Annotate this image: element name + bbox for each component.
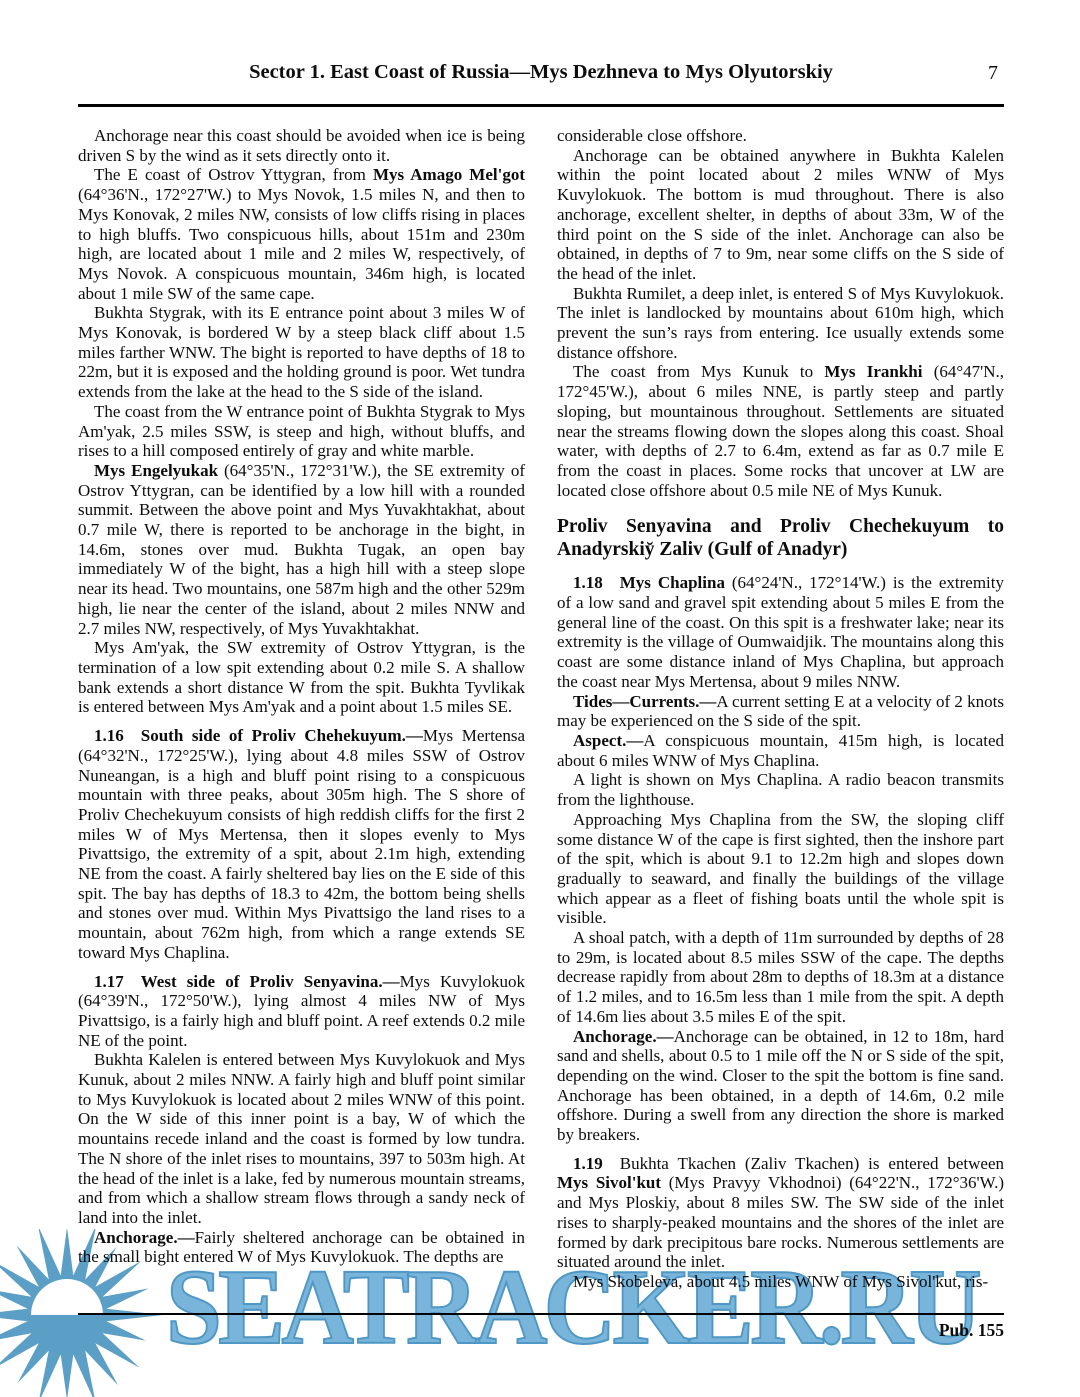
paragraph: Mys Engelyukak (64°35'N., 172°31'W.), th…	[78, 461, 525, 638]
paragraph: The E coast of Ostrov Yttygran, from Mys…	[78, 165, 525, 303]
paragraph: Mys Am'yak, the SW extremity of Ostrov Y…	[78, 638, 525, 717]
bold-text: Anchorage.—	[94, 1228, 195, 1247]
text: Mys Mertensa (64°32'N., 172°25'W.), lyin…	[78, 726, 525, 962]
text: Mys Skobeleva, about 4.5 miles WNW of My…	[573, 1272, 988, 1291]
bold-text: Aspect.—	[573, 731, 643, 750]
bold-text: Mys Sivol'kut	[557, 1173, 661, 1192]
paragraph: 1.16 South side of Proliv Chehekuyum.—My…	[78, 726, 525, 962]
page-header: Sector 1. East Coast of Russia—Mys Dezhn…	[78, 59, 1004, 85]
paragraph: Anchorage can be obtained anywhere in Bu…	[557, 146, 1004, 284]
paragraph: The coast from Mys Kunuk to Mys Irankhi …	[557, 362, 1004, 500]
paragraph: A light is shown on Mys Chaplina. A radi…	[557, 770, 1004, 809]
text: Bukhta Kalelen is entered between Mys Ku…	[78, 1050, 525, 1227]
text: (64°35'N., 172°31'W.), the SE extremity …	[78, 461, 525, 638]
header-rule	[78, 104, 1004, 107]
publication-number: Pub. 155	[939, 1320, 1004, 1341]
document-page: Sector 1. East Coast of Russia—Mys Dezhn…	[0, 0, 1080, 1397]
right-column: considerable close offshore.Anchorage ca…	[557, 126, 1004, 1292]
text: The E coast of Ostrov Yttygran, from	[94, 165, 373, 184]
bold-text: 1.18 Mys Chaplina	[573, 573, 725, 592]
paragraph: 1.17 West side of Proliv Senyavina.—Mys …	[78, 972, 525, 1051]
text: Anchorage near this coast should be avoi…	[78, 126, 525, 165]
bold-text: 1.16 South side of Proliv Chehekuyum.—	[94, 726, 423, 745]
bold-text: 1.19	[573, 1154, 620, 1173]
paragraph: Anchorage.—Fairly sheltered anchorage ca…	[78, 1228, 525, 1267]
paragraph: Mys Skobeleva, about 4.5 miles WNW of My…	[557, 1272, 1004, 1292]
text: considerable close offshore.	[557, 126, 747, 145]
bold-text: Mys Amago Mel'got	[373, 165, 525, 184]
text: Mys Am'yak, the SW extremity of Ostrov Y…	[78, 638, 525, 716]
bold-text: Mys Irankhi	[824, 362, 922, 381]
text: Anchorage can be obtained anywhere in Bu…	[557, 146, 1004, 283]
paragraph: A shoal patch, with a depth of 11m surro…	[557, 928, 1004, 1027]
text: Bukhta Tkachen (Zaliv Tkachen) is entere…	[620, 1154, 1004, 1173]
paragraph: 1.18 Mys Chaplina (64°24'N., 172°14'W.) …	[557, 573, 1004, 691]
paragraph: Bukhta Rumilet, a deep inlet, is entered…	[557, 284, 1004, 363]
text-columns: Anchorage near this coast should be avoi…	[78, 126, 1004, 1292]
page-number: 7	[988, 60, 998, 86]
text: A light is shown on Mys Chaplina. A radi…	[557, 770, 1004, 809]
text: Bukhta Stygrak, with its E entrance poin…	[78, 303, 525, 401]
footer-rule	[78, 1313, 1004, 1315]
paragraph: Bukhta Kalelen is entered between Mys Ku…	[78, 1050, 525, 1227]
bold-text: Proliv Senyavina and Proliv Chechekuyum …	[557, 516, 1004, 560]
text: Bukhta Rumilet, a deep inlet, is entered…	[557, 284, 1004, 362]
paragraph: Tides—Currents.—A current setting E at a…	[557, 692, 1004, 731]
paragraph: Anchorage near this coast should be avoi…	[78, 126, 525, 165]
left-column: Anchorage near this coast should be avoi…	[78, 126, 525, 1292]
text: The coast from the W entrance point of B…	[78, 402, 525, 460]
text: (64°47'N., 172°45'W.), about 6 miles NNE…	[557, 362, 1004, 499]
bold-text: Tides—Currents.—	[573, 692, 716, 711]
paragraph: The coast from the W entrance point of B…	[78, 402, 525, 461]
text: A shoal patch, with a depth of 11m surro…	[557, 928, 1004, 1026]
paragraph: Approaching Mys Chaplina from the SW, th…	[557, 810, 1004, 928]
text: The coast from Mys Kunuk to	[573, 362, 824, 381]
text: (64°36'N., 172°27'W.) to Mys Novok, 1.5 …	[78, 185, 525, 303]
bold-text: Anchorage.—	[573, 1027, 674, 1046]
text: Approaching Mys Chaplina from the SW, th…	[557, 810, 1004, 928]
paragraph: Aspect.—A conspicuous mountain, 415m hig…	[557, 731, 1004, 770]
paragraph: 1.19 Bukhta Tkachen (Zaliv Tkachen) is e…	[557, 1154, 1004, 1272]
paragraph: considerable close offshore.	[557, 126, 1004, 146]
paragraph: Anchorage.—Anchorage can be obtained, in…	[557, 1027, 1004, 1145]
running-head-title: Sector 1. East Coast of Russia—Mys Dezhn…	[249, 61, 833, 83]
bold-text: Mys Engelyukak	[94, 461, 218, 480]
section-heading: Proliv Senyavina and Proliv Chechekuyum …	[557, 515, 1004, 561]
paragraph: Bukhta Stygrak, with its E entrance poin…	[78, 303, 525, 402]
bold-text: 1.17 West side of Proliv Senyavina.—	[94, 972, 400, 991]
